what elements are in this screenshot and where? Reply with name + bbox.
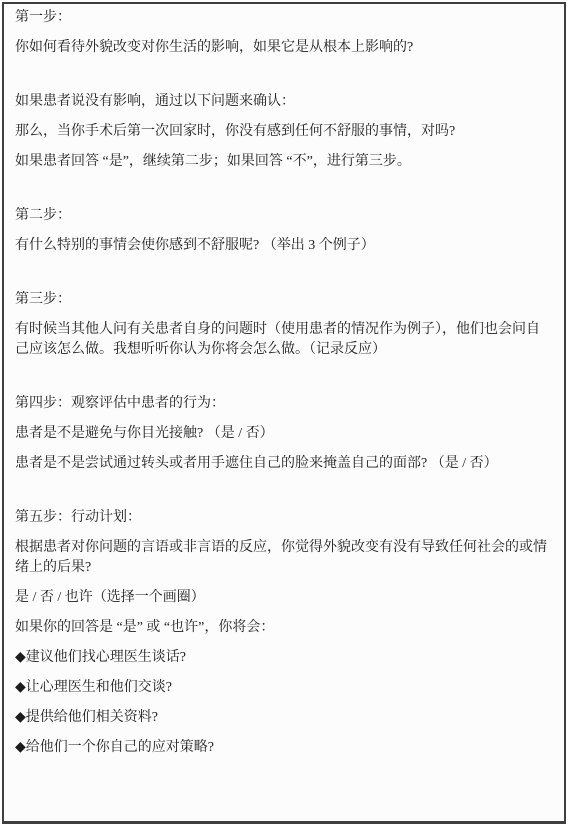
- paragraph: 有时候当其他人问有关患者自身的问题时（使用患者的情况作为例子），他们也会问自己应…: [15, 320, 548, 360]
- bullet-item: ◆让心理医生和他们交谈?: [15, 678, 548, 698]
- paragraph: 你如何看待外貌改变对你生活的影响，如果它是从根本上影响的?: [15, 38, 548, 58]
- paragraph: 那么，当你手术后第一次回家时，你没有感到任何不舒服的事情，对吗?: [15, 122, 548, 142]
- text-block: 如果患者说没有影响，通过以下问题来确认：那么，当你手术后第一次回家时，你没有感到…: [15, 92, 548, 172]
- paragraph: 如果患者说没有影响，通过以下问题来确认：: [15, 92, 548, 112]
- step-heading: 第四步：观察评估中患者的行为：: [15, 394, 548, 414]
- paragraph: 患者是不是避免与你目光接触? （是 / 否）: [15, 424, 548, 444]
- paragraph: 有什么特别的事情会使你感到不舒服呢? （举出 3 个例子）: [15, 236, 548, 256]
- text-block: 第二步：有什么特别的事情会使你感到不舒服呢? （举出 3 个例子）: [15, 206, 548, 256]
- text-block: 第五步：行动计划：根据患者对你问题的言语或非言语的反应，你觉得外貌改变有没有导致…: [15, 508, 548, 758]
- bullet-item: ◆给他们一个你自己的应对策略?: [15, 738, 548, 758]
- step-heading: 第三步：: [15, 290, 548, 310]
- paragraph: 根据患者对你问题的言语或非言语的反应，你觉得外貌改变有没有导致任何社会的或情绪上…: [15, 538, 548, 578]
- document-box: 第一步：你如何看待外貌改变对你生活的影响，如果它是从根本上影响的?如果患者说没有…: [2, 2, 566, 824]
- bullet-item: ◆提供给他们相关资料?: [15, 708, 548, 728]
- paragraph: 患者是不是尝试通过转头或者用手遮住自己的脸来掩盖自己的面部? （是 / 否）: [15, 454, 548, 474]
- paragraph: 如果患者回答 “是”，继续第二步；如果回答 “不”，进行第三步。: [15, 152, 548, 172]
- paragraph: 如果你的回答是 “是” 或 “也许”，你将会：: [15, 618, 548, 638]
- text-block: 第三步：有时候当其他人问有关患者自身的问题时（使用患者的情况作为例子），他们也会…: [15, 290, 548, 360]
- paragraph: 是 / 否 / 也许（选择一个画圈）: [15, 588, 548, 608]
- text-block: 第四步：观察评估中患者的行为：患者是不是避免与你目光接触? （是 / 否）患者是…: [15, 394, 548, 474]
- step-heading: 第五步：行动计划：: [15, 508, 548, 528]
- bullet-item: ◆建议他们找心理医生谈话?: [15, 648, 548, 668]
- step-heading: 第一步：: [15, 8, 548, 28]
- text-block: 第一步：你如何看待外貌改变对你生活的影响，如果它是从根本上影响的?: [15, 8, 548, 58]
- step-heading: 第二步：: [15, 206, 548, 226]
